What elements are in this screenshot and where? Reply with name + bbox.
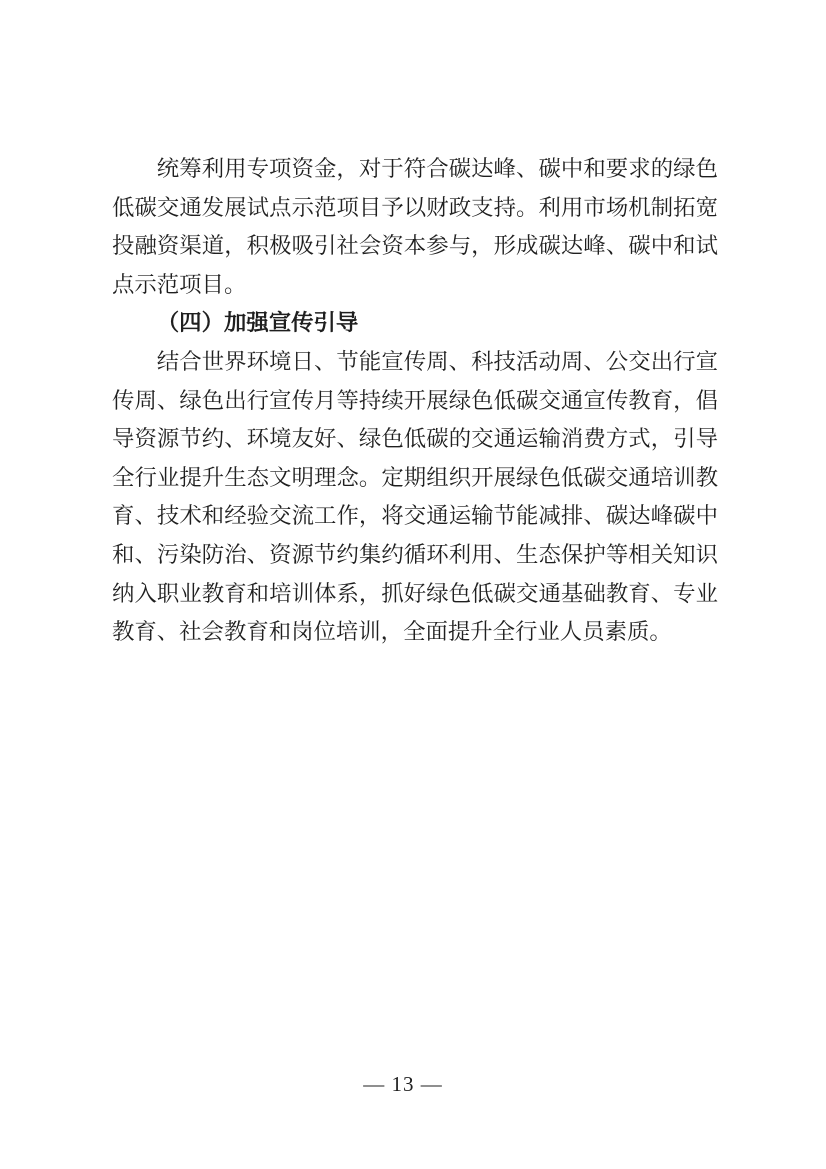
paragraph-publicity: 结合世界环境日、节能宣传周、科技活动周、公交出行宣传周、绿色出行宣传月等持续开展… — [112, 343, 718, 652]
page-number: — 13 — — [0, 1072, 806, 1096]
document-page: 统筹利用专项资金，对于符合碳达峰、碳中和要求的绿色低碳交通发展试点示范项目予以财… — [0, 0, 826, 1169]
section-heading: （四）加强宣传引导 — [112, 304, 718, 343]
document-body: 统筹利用专项资金，对于符合碳达峰、碳中和要求的绿色低碳交通发展试点示范项目予以财… — [112, 150, 718, 652]
paragraph-funding: 统筹利用专项资金，对于符合碳达峰、碳中和要求的绿色低碳交通发展试点示范项目予以财… — [112, 150, 718, 304]
